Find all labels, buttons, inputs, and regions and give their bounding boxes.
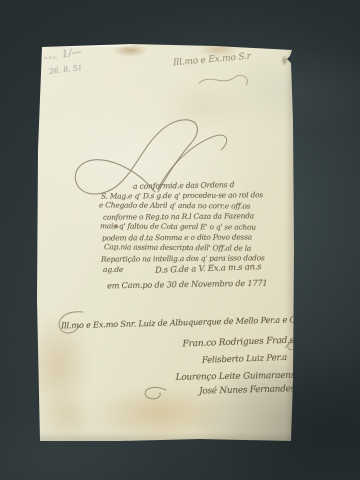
closing-formula: D.s G.de a V. Ex.a m.s an.s <box>155 261 262 275</box>
dateline: em Cam.po de 30 de Novembro de 1771 <box>107 278 268 291</box>
paper-top-highlight <box>41 45 131 47</box>
signature-line: Fran.co Rodrigues Frad.e <box>155 336 295 351</box>
signature-line: José Nunes Fernandes <box>149 384 295 398</box>
closing-word: ag.de <box>103 265 123 274</box>
pencil-date-mark: 26. 8. 51 <box>49 63 83 76</box>
body-line: mais q' faltou de Cota geral E' o q' se … <box>100 221 256 231</box>
body-line: conforme o Reg.to na R.l Caza da Fazenda <box>103 211 254 222</box>
signature-line: Lourenço Leite Guimaraens <box>147 371 295 384</box>
body-line: a conformid.e das Ordens d <box>133 180 234 191</box>
paper-right-shade <box>285 44 294 442</box>
body-line: e Chegado de Abril q' anda no corr.e off… <box>99 200 250 210</box>
body-line: Cap.nia assima descripta dell' Off.al de… <box>104 242 251 253</box>
paper-left-highlight <box>38 47 39 167</box>
signature-line: Felisberto Luiz Per.a <box>165 353 287 367</box>
salutation-line: Ill.mo e Ex.mo S.r <box>173 52 251 69</box>
pencil-registry-mark: a.e.c. <box>44 55 58 61</box>
manuscript-page: a.e.c. 1/— 26. 8. 51 Ill.mo e Ex.mo S.r … <box>37 44 294 442</box>
body-line: podem da d.ta Somma e o dito Povo dessa <box>102 232 252 242</box>
address-line: Ill.mo e Ex.mo Snr. Luiz de Albuquerque … <box>61 314 322 331</box>
photo-backdrop: a.e.c. 1/— 26. 8. 51 Ill.mo e Ex.mo S.r … <box>0 0 360 480</box>
pencil-fraction-mark: 1/— <box>61 47 82 61</box>
body-line: S. Mag.e q' D.s g.de q' procedeu-se ao r… <box>101 190 263 200</box>
paper-bottom-shade <box>37 432 294 442</box>
signature-tail-flourish <box>283 336 301 352</box>
salutation-flourish <box>195 70 257 90</box>
foxing-stain <box>281 55 288 66</box>
foxing-stain <box>39 392 94 440</box>
